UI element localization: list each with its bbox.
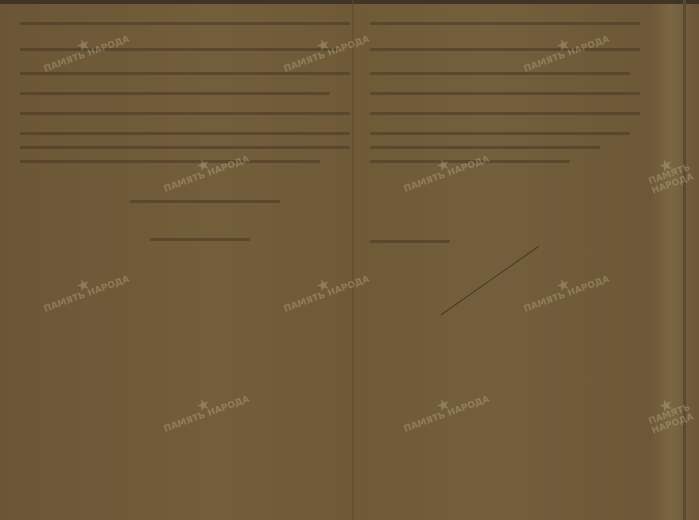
text-line — [20, 22, 350, 25]
text-line — [20, 146, 350, 149]
watermark: ★ПАМЯТЬ НАРОДА — [399, 145, 491, 195]
scanned-document: ★ПАМЯТЬ НАРОДА★ПАМЯТЬ НАРОДА★ПАМЯТЬ НАРО… — [0, 0, 699, 520]
scan-edge — [0, 0, 699, 4]
text-line — [20, 132, 350, 135]
watermark: ★ПАМЯТЬ НАРОДА — [159, 385, 251, 435]
text-line — [20, 160, 320, 163]
text-line — [370, 48, 640, 51]
text-line — [20, 72, 350, 75]
watermark: ★ПАМЯТЬ НАРОДА — [399, 385, 491, 435]
text-line — [20, 112, 350, 115]
text-line — [370, 240, 450, 243]
watermark: ★ПАМЯТЬ НАРОДА — [39, 265, 131, 315]
text-line — [370, 112, 640, 115]
text-line — [370, 132, 630, 135]
text-line — [20, 92, 330, 95]
watermark: ★ПАМЯТЬ НАРОДА — [637, 391, 699, 439]
watermark: ★ПАМЯТЬ НАРОДА — [159, 145, 251, 195]
watermark: ★ПАМЯТЬ НАРОДА — [637, 151, 699, 199]
watermark: ★ПАМЯТЬ НАРОДА — [519, 265, 611, 315]
text-line — [370, 72, 630, 75]
page-fold — [352, 0, 354, 520]
page-fold-right — [683, 0, 686, 520]
watermark: ★ПАМЯТЬ НАРОДА — [279, 25, 371, 75]
text-line — [150, 238, 250, 241]
text-line — [370, 22, 640, 25]
watermark: ★ПАМЯТЬ НАРОДА — [279, 265, 371, 315]
text-line — [130, 200, 280, 203]
text-line — [370, 92, 640, 95]
